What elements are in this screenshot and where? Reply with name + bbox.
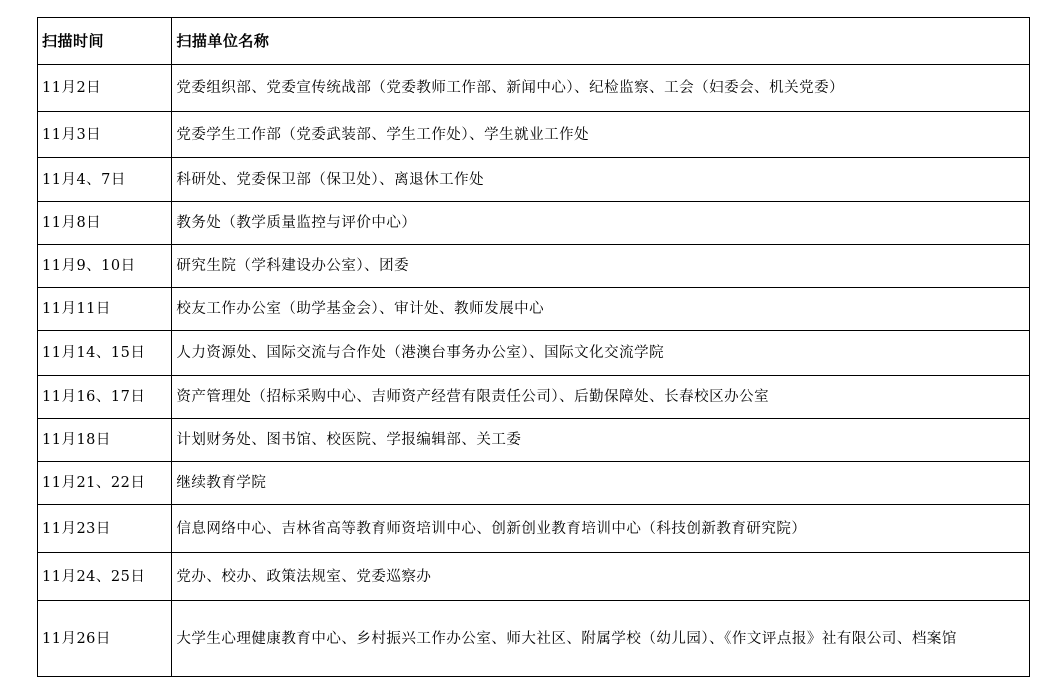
header-scan-time: 扫描时间 — [38, 18, 172, 65]
scan-date-cell: 11月9、10日 — [38, 245, 172, 288]
scan-date-cell: 11月24、25日 — [38, 553, 172, 601]
table-row: 11月14、15日 人力资源处、国际交流与合作处（港澳台事务办公室）、国际文化交… — [38, 331, 1030, 376]
scan-units-cell: 党委学生工作部（党委武装部、学生工作处）、学生就业工作处 — [172, 112, 1030, 158]
table-row: 11月9、10日 研究生院（学科建设办公室）、团委 — [38, 245, 1030, 288]
table-row: 11月4、7日 科研处、党委保卫部（保卫处）、离退休工作处 — [38, 158, 1030, 202]
scan-units-cell: 信息网络中心、吉林省高等教育师资培训中心、创新创业教育培训中心（科技创新教育研究… — [172, 505, 1030, 553]
table-header-row: 扫描时间 扫描单位名称 — [38, 18, 1030, 65]
scan-date-cell: 11月3日 — [38, 112, 172, 158]
table-row: 11月26日 大学生心理健康教育中心、乡村振兴工作办公室、师大社区、附属学校（幼… — [38, 601, 1030, 677]
scan-units-cell: 继续教育学院 — [172, 462, 1030, 505]
scan-date-cell: 11月26日 — [38, 601, 172, 677]
table-row: 11月18日 计划财务处、图书馆、校医院、学报编辑部、关工委 — [38, 419, 1030, 462]
scan-units-cell: 教务处（教学质量监控与评价中心） — [172, 202, 1030, 245]
scan-date-cell: 11月11日 — [38, 288, 172, 331]
scan-units-cell: 人力资源处、国际交流与合作处（港澳台事务办公室）、国际文化交流学院 — [172, 331, 1030, 376]
scan-units-cell: 科研处、党委保卫部（保卫处）、离退休工作处 — [172, 158, 1030, 202]
table-row: 11月23日 信息网络中心、吉林省高等教育师资培训中心、创新创业教育培训中心（科… — [38, 505, 1030, 553]
scan-units-cell: 计划财务处、图书馆、校医院、学报编辑部、关工委 — [172, 419, 1030, 462]
table-row: 11月11日 校友工作办公室（助学基金会）、审计处、教师发展中心 — [38, 288, 1030, 331]
table-row: 11月24、25日 党办、校办、政策法规室、党委巡察办 — [38, 553, 1030, 601]
table-row: 11月8日 教务处（教学质量监控与评价中心） — [38, 202, 1030, 245]
table-row: 11月21、22日 继续教育学院 — [38, 462, 1030, 505]
table-row: 11月16、17日 资产管理处（招标采购中心、吉师资产经营有限责任公司）、后勤保… — [38, 376, 1030, 419]
table-row: 11月2日 党委组织部、党委宣传统战部（党委教师工作部、新闻中心）、纪检监察、工… — [38, 65, 1030, 112]
scan-units-cell: 校友工作办公室（助学基金会）、审计处、教师发展中心 — [172, 288, 1030, 331]
scan-units-cell: 大学生心理健康教育中心、乡村振兴工作办公室、师大社区、附属学校（幼儿园）、《作文… — [172, 601, 1030, 677]
scan-schedule-table: 扫描时间 扫描单位名称 11月2日 党委组织部、党委宣传统战部（党委教师工作部、… — [37, 17, 1030, 677]
scan-date-cell: 11月14、15日 — [38, 331, 172, 376]
scan-date-cell: 11月2日 — [38, 65, 172, 112]
scan-units-cell: 研究生院（学科建设办公室）、团委 — [172, 245, 1030, 288]
header-scan-units: 扫描单位名称 — [172, 18, 1030, 65]
scan-date-cell: 11月23日 — [38, 505, 172, 553]
table-row: 11月3日 党委学生工作部（党委武装部、学生工作处）、学生就业工作处 — [38, 112, 1030, 158]
scan-units-cell: 党办、校办、政策法规室、党委巡察办 — [172, 553, 1030, 601]
scan-date-cell: 11月8日 — [38, 202, 172, 245]
scan-units-cell: 资产管理处（招标采购中心、吉师资产经营有限责任公司）、后勤保障处、长春校区办公室 — [172, 376, 1030, 419]
scan-date-cell: 11月21、22日 — [38, 462, 172, 505]
scan-units-cell: 党委组织部、党委宣传统战部（党委教师工作部、新闻中心）、纪检监察、工会（妇委会、… — [172, 65, 1030, 112]
scan-date-cell: 11月18日 — [38, 419, 172, 462]
scan-date-cell: 11月4、7日 — [38, 158, 172, 202]
scan-date-cell: 11月16、17日 — [38, 376, 172, 419]
